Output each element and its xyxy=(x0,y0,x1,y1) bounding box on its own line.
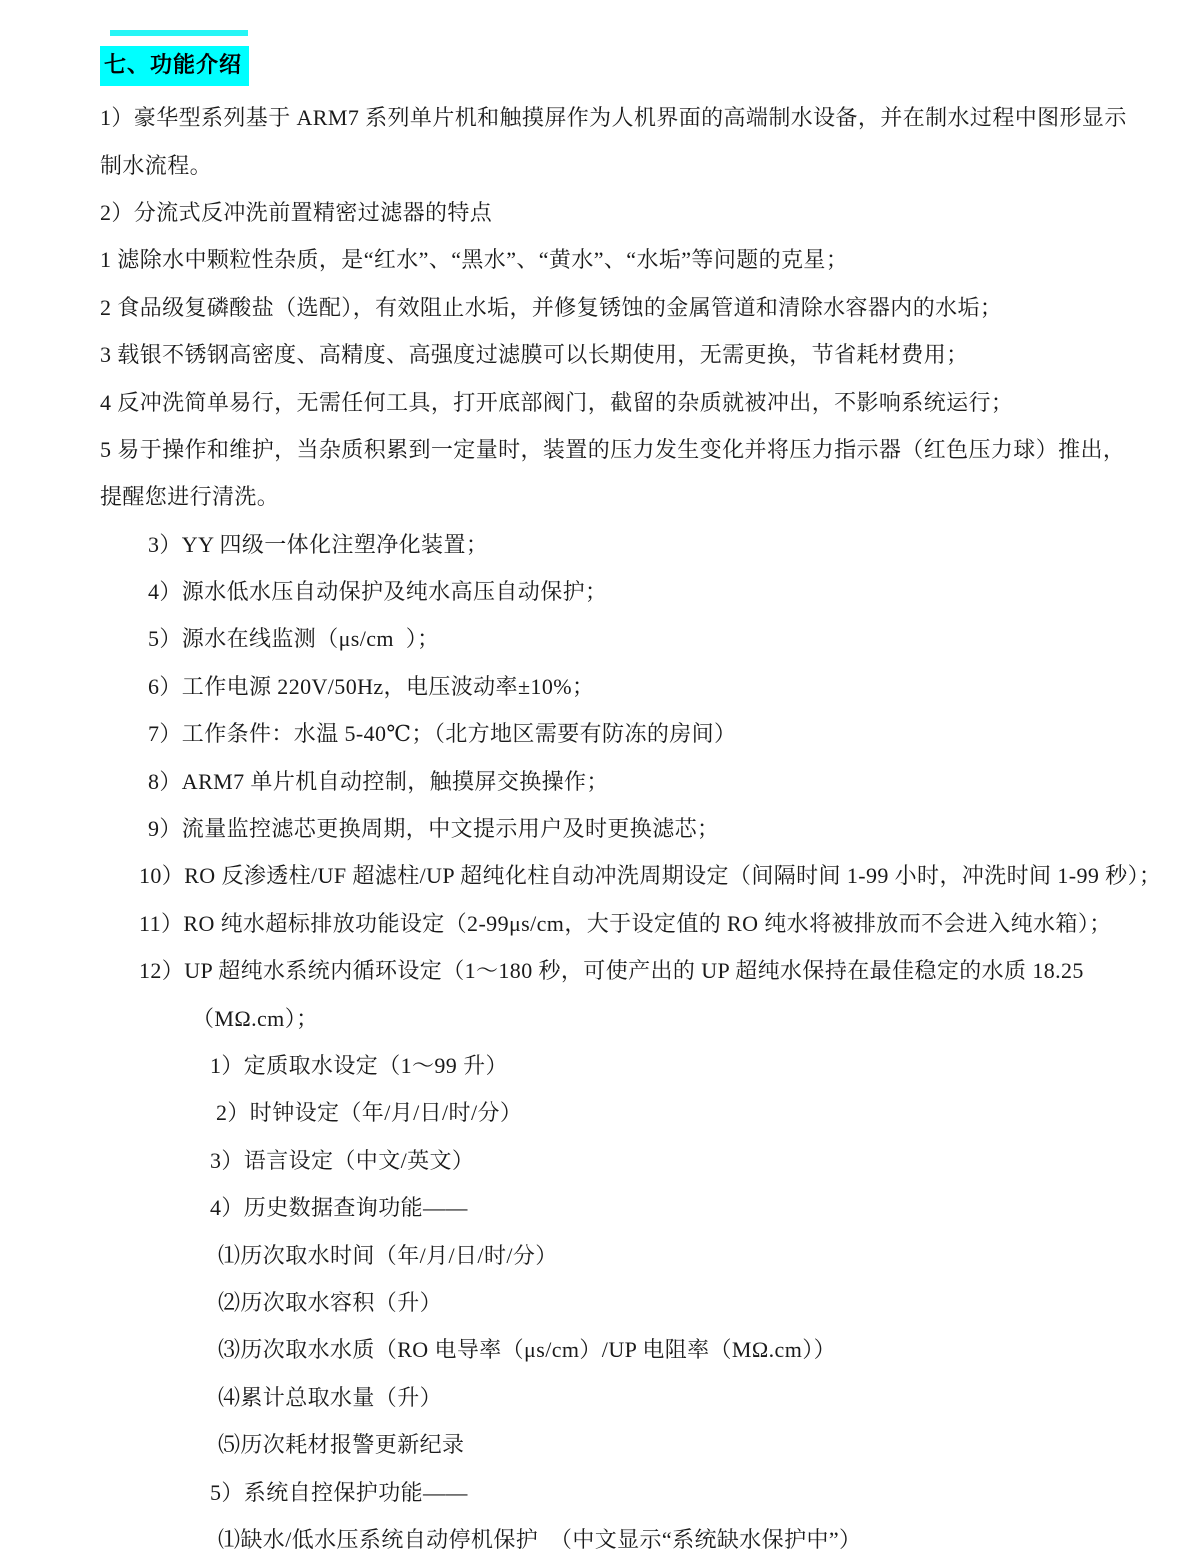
text-line: 1）豪华型系列基于 ARM7 系列单片机和触摸屏作为人机界面的高端制水设备，并在… xyxy=(0,93,1200,140)
text-line: ⑶历次取水水质（RO 电导率（μs/cm）/UP 电阻率（MΩ.cm）） xyxy=(0,1325,1200,1372)
text-line: 1）定质取水设定（1～99 升） xyxy=(0,1041,1200,1088)
text-line: ⑴历次取水时间（年/月/日/时/分） xyxy=(0,1230,1200,1277)
text-line: 4）源水低水压自动保护及纯水高压自动保护； xyxy=(0,567,1200,614)
text-line: ⑴缺水/低水压系统自动停机保护 （中文显示“系统缺水保护中”） xyxy=(0,1515,1200,1562)
text-line: 3 载银不锈钢高密度、高精度、高强度过滤膜可以长期使用，无需更换，节省耗材费用； xyxy=(0,330,1200,377)
text-line: 5 易于操作和维护，当杂质积累到一定量时，装置的压力发生变化并将压力指示器（红色… xyxy=(0,425,1200,472)
text-line: 7）工作条件：水温 5-40℃；（北方地区需要有防冻的房间） xyxy=(0,709,1200,756)
section-heading: 七、功能介绍 xyxy=(100,46,249,86)
text-line: 4 反冲洗简单易行，无需任何工具，打开底部阀门，截留的杂质就被冲出，不影响系统运… xyxy=(0,377,1200,424)
text-line: 4）历史数据查询功能—— xyxy=(0,1183,1200,1230)
text-line: （MΩ.cm）； xyxy=(0,993,1200,1040)
text-line: 12）UP 超纯水系统内循环设定（1～180 秒，可使产出的 UP 超纯水保持在… xyxy=(0,946,1200,993)
document-body: 1）豪华型系列基于 ARM7 系列单片机和触摸屏作为人机界面的高端制水设备，并在… xyxy=(0,93,1200,1562)
text-line: ⑷累计总取水量（升） xyxy=(0,1373,1200,1420)
text-line: 6）工作电源 220V/50Hz，电压波动率±10%； xyxy=(0,662,1200,709)
text-line: ⑸历次耗材报警更新纪录 xyxy=(0,1420,1200,1467)
text-line: 1 滤除水中颗粒性杂质，是“红水”、“黑水”、“黄水”、“水垢”等问题的克星； xyxy=(0,235,1200,282)
text-line: 2 食品级复磷酸盐（选配），有效阻止水垢，并修复锈蚀的金属管道和清除水容器内的水… xyxy=(0,283,1200,330)
text-line: 制水流程。 xyxy=(0,140,1200,187)
text-line: 2）时钟设定（年/月/日/时/分） xyxy=(0,1088,1200,1135)
text-line: 9）流量监控滤芯更换周期，中文提示用户及时更换滤芯； xyxy=(0,804,1200,851)
text-line: 11）RO 纯水超标排放功能设定（2-99μs/cm，大于设定值的 RO 纯水将… xyxy=(0,899,1200,946)
text-line: 3）语言设定（中文/英文） xyxy=(0,1136,1200,1183)
text-line: ⑵历次取水容积（升） xyxy=(0,1278,1200,1325)
document-page: 七、功能介绍 1）豪华型系列基于 ARM7 系列单片机和触摸屏作为人机界面的高端… xyxy=(0,0,1200,1566)
text-line: 10）RO 反渗透柱/UF 超滤柱/UP 超纯化柱自动冲洗周期设定（间隔时间 1… xyxy=(0,851,1200,898)
text-line: 8）ARM7 单片机自动控制，触摸屏交换操作； xyxy=(0,756,1200,803)
text-line: 提醒您进行清洗。 xyxy=(0,472,1200,519)
text-line: 2）分流式反冲洗前置精密过滤器的特点 xyxy=(0,188,1200,235)
text-line: 3）YY 四级一体化注塑净化装置； xyxy=(0,520,1200,567)
text-line: 5）系统自控保护功能—— xyxy=(0,1467,1200,1514)
text-line: 5）源水在线监测（μs/cm ）； xyxy=(0,614,1200,661)
highlight-strip xyxy=(110,30,248,36)
